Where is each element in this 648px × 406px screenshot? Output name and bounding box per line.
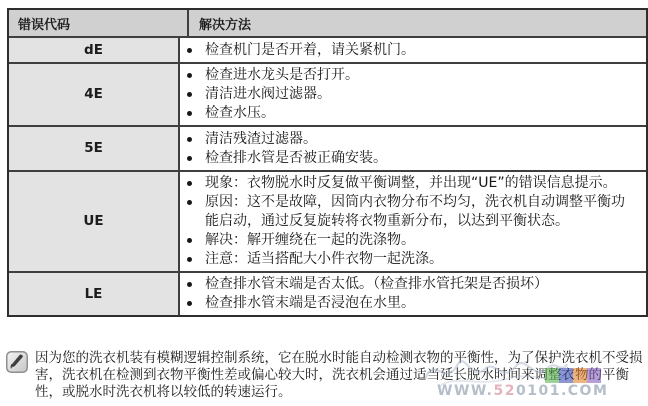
table-row: dE 检查机门是否开着，请关紧机门。	[9, 36, 646, 62]
table-row: LE 检查排水管末端是否太低。（检查排水管托架是否损坏）检查排水管末端是否浸泡在…	[9, 271, 646, 316]
url-watermark-prefix: WWW.	[437, 383, 494, 399]
color-watermark-block	[545, 368, 559, 383]
solution-text: 检查机门是否开着，请关紧机门。	[205, 41, 640, 60]
error-code: 5E	[9, 127, 180, 170]
solution-item: 现象：衣物脱水时反复做平衡调整，并出现“UE”的错误信息提示。	[180, 174, 640, 193]
bullet-icon	[187, 301, 192, 306]
error-code-table: 错误代码 解决方法 dE 检查机门是否开着，请关紧机门。 4E 检查进水龙头是否…	[7, 8, 648, 317]
solution-text: 检查水压。	[205, 104, 640, 123]
bullet-icon	[187, 238, 192, 243]
solution-item: 检查水压。	[180, 104, 640, 123]
color-watermark-block	[573, 368, 587, 383]
header-error-code: 错误代码	[9, 10, 189, 36]
solution-text: 检查排水管末端是否浸泡在水里。	[205, 294, 640, 313]
table-body: dE 检查机门是否开着，请关紧机门。 4E 检查进水龙头是否打开。清洁进水阀过滤…	[9, 36, 646, 315]
error-code: 4E	[9, 64, 180, 126]
bullet-icon	[187, 137, 192, 142]
header-solution: 解决方法	[189, 10, 646, 36]
solution-item: 解决：解开缠绕在一起的洗涤物。	[180, 231, 640, 250]
color-watermark-block	[587, 368, 601, 383]
solution-text: 清洁进水阀过滤器。	[205, 85, 640, 104]
solutions-cell: 检查进水龙头是否打开。清洁进水阀过滤器。检查水压。	[180, 64, 646, 126]
bullet-icon	[187, 73, 192, 78]
solution-item: 原因：这不是故障，因筒内衣物分布不均匀，洗衣机自动调整平衡功能启动，通过反复旋转…	[180, 193, 640, 230]
url-watermark-highlight: 52	[494, 383, 516, 399]
bullet-icon	[187, 257, 192, 262]
solutions-cell: 检查排水管末端是否太低。（检查排水管托架是否损坏）检查排水管末端是否浸泡在水里。	[180, 273, 646, 316]
bullet-icon	[187, 48, 192, 53]
solution-text: 检查排水管末端是否太低。（检查排水管托架是否损坏）	[205, 275, 640, 294]
solution-text: 现象：衣物脱水时反复做平衡调整，并出现“UE”的错误信息提示。	[205, 174, 640, 193]
error-code: LE	[9, 273, 180, 316]
solution-text: 注意：适当搭配大小件衣物一起洗涤。	[205, 250, 640, 269]
solution-text: 检查进水龙头是否打开。	[205, 66, 640, 85]
bullet-icon	[187, 111, 192, 116]
bullet-icon	[187, 156, 192, 161]
bullet-icon	[187, 282, 192, 287]
solution-item: 检查排水管是否被正确安装。	[180, 149, 640, 168]
solutions-cell: 现象：衣物脱水时反复做平衡调整，并出现“UE”的错误信息提示。原因：这不是故障，…	[180, 172, 646, 271]
solution-item: 检查排水管末端是否浸泡在水里。	[180, 294, 640, 313]
table-row: 4E 检查进水龙头是否打开。清洁进水阀过滤器。检查水压。	[9, 62, 646, 126]
pencil-note-icon	[6, 351, 28, 373]
solution-item: 检查排水管末端是否太低。（检查排水管托架是否损坏）	[180, 275, 640, 294]
solution-item: 检查机门是否开着，请关紧机门。	[180, 41, 640, 60]
table-header-row: 错误代码 解决方法	[9, 10, 646, 36]
error-code: UE	[9, 172, 180, 271]
solution-item: 检查进水龙头是否打开。	[180, 66, 640, 85]
solutions-cell: 检查机门是否开着，请关紧机门。	[180, 38, 646, 62]
solution-item: 清洁残渣过滤器。	[180, 130, 640, 149]
solution-text: 原因：这不是故障，因筒内衣物分布不均匀，洗衣机自动调整平衡功能启动，通过反复旋转…	[205, 193, 640, 230]
solution-text: 解决：解开缠绕在一起的洗涤物。	[205, 231, 640, 250]
bullet-icon	[187, 200, 192, 205]
url-watermark-suffix: 0101.COM	[516, 383, 608, 399]
url-watermark: WWW.520101.COM	[437, 383, 608, 399]
solution-text: 清洁残渣过滤器。	[205, 130, 640, 149]
solutions-cell: 清洁残渣过滤器。检查排水管是否被正确安装。	[180, 127, 646, 170]
bullet-icon	[187, 92, 192, 97]
manual-page: 错误代码 解决方法 dE 检查机门是否开着，请关紧机门。 4E 检查进水龙头是否…	[0, 0, 648, 406]
color-watermark-block	[559, 368, 573, 383]
error-code: dE	[9, 38, 180, 62]
solution-text: 检查排水管是否被正确安装。	[205, 149, 640, 168]
table-row: UE 现象：衣物脱水时反复做平衡调整，并出现“UE”的错误信息提示。原因：这不是…	[9, 170, 646, 271]
bullet-icon	[187, 181, 192, 186]
solution-item: 注意：适当搭配大小件衣物一起洗涤。	[180, 250, 640, 269]
table-row: 5E 清洁残渣过滤器。检查排水管是否被正确安装。	[9, 125, 646, 170]
solution-item: 清洁进水阀过滤器。	[180, 85, 640, 104]
